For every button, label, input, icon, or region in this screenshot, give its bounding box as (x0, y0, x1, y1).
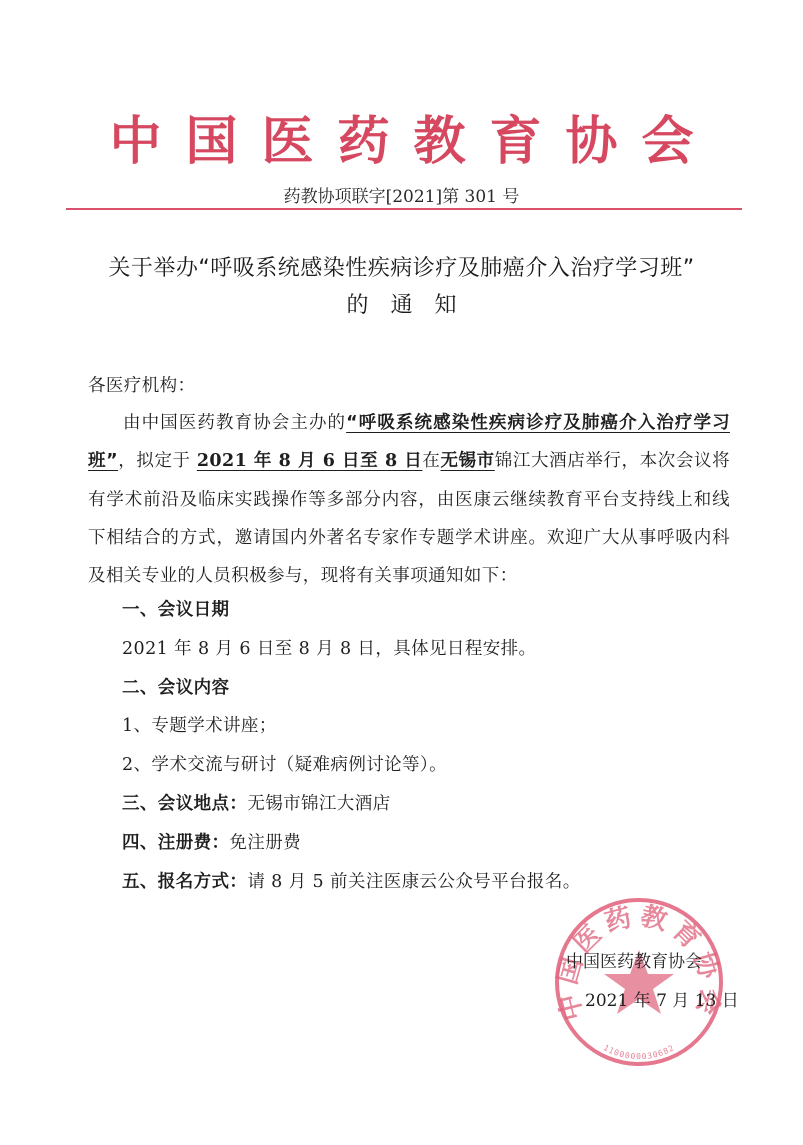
section-content: 免注册费 (229, 833, 301, 853)
signature-date: 2021 年 7 月 13 日 (585, 989, 739, 1013)
section-venue: 三、会议地点：无锡市锦江大酒店 (122, 792, 391, 816)
section-heading: 四、注册费： (122, 833, 229, 853)
notice-title-char: 通 (390, 293, 412, 318)
intro-paragraph: 由中国医药教育协会主办的“呼吸系统感染性疾病诊疗及肺癌介入治疗学习班”，拟定于 … (88, 404, 730, 595)
section-heading: 一、会议日期 (122, 600, 229, 620)
event-city: 无锡市 (440, 451, 494, 471)
section-content: 1、专题学术讲座； (122, 716, 277, 736)
letterhead-divider (66, 208, 742, 210)
section-heading: 三、会议地点： (122, 794, 247, 814)
intro-text: 由中国医药教育协会主办的 (123, 413, 346, 433)
intro-text: 在 (422, 451, 440, 471)
section-content-item-2: 2、学术交流与研讨（疑难病例讨论等）。 (122, 753, 447, 777)
intro-text: ，拟定于 (118, 451, 191, 471)
section-registration: 五、报名方式：请 8 月 5 前关注医康云公众号平台报名。 (122, 870, 581, 894)
notice-title-char: 的 (346, 293, 368, 318)
section-fee: 四、注册费：免注册费 (122, 831, 301, 855)
intro-text: 锦江大酒店举行，本次会议将有学术前沿及临床实践操作等多部分内容，由医康云继续教育… (88, 451, 730, 586)
section-date-heading: 一、会议日期 (122, 598, 229, 622)
section-content: 2021 年 8 月 6 日至 8 月 8 日，具体见日程安排。 (122, 639, 536, 659)
section-content-item-1: 1、专题学术讲座； (122, 714, 277, 738)
section-heading: 五、报名方式： (122, 872, 247, 892)
notice-title-line1: 关于举办“呼吸系统感染性疾病诊疗及肺癌介入治疗学习班” (0, 254, 803, 284)
section-content: 请 8 月 5 前关注医康云公众号平台报名。 (247, 872, 580, 892)
salutation: 各医疗机构： (88, 367, 730, 405)
section-content: 2、学术交流与研讨（疑难病例讨论等）。 (122, 755, 447, 775)
section-content: 无锡市锦江大酒店 (247, 794, 390, 814)
document-number: 药教协项联字[2021]第 301 号 (0, 185, 803, 209)
event-dates: 2021 年 8 月 6 日至 8 日 (197, 451, 423, 471)
org-letterhead-title: 中国医药教育协会 (0, 110, 803, 174)
signature-org: 中国医药教育协会 (566, 950, 702, 974)
section-heading: 二、会议内容 (122, 678, 229, 698)
section-date-content: 2021 年 8 月 6 日至 8 月 8 日，具体见日程安排。 (122, 637, 536, 661)
official-seal-icon: 中国医药教育协会 1100000030682 (553, 896, 725, 1068)
notice-title-line2: 的通知 (0, 291, 803, 321)
notice-title-char: 知 (435, 293, 457, 318)
section-content-heading: 二、会议内容 (122, 676, 229, 700)
